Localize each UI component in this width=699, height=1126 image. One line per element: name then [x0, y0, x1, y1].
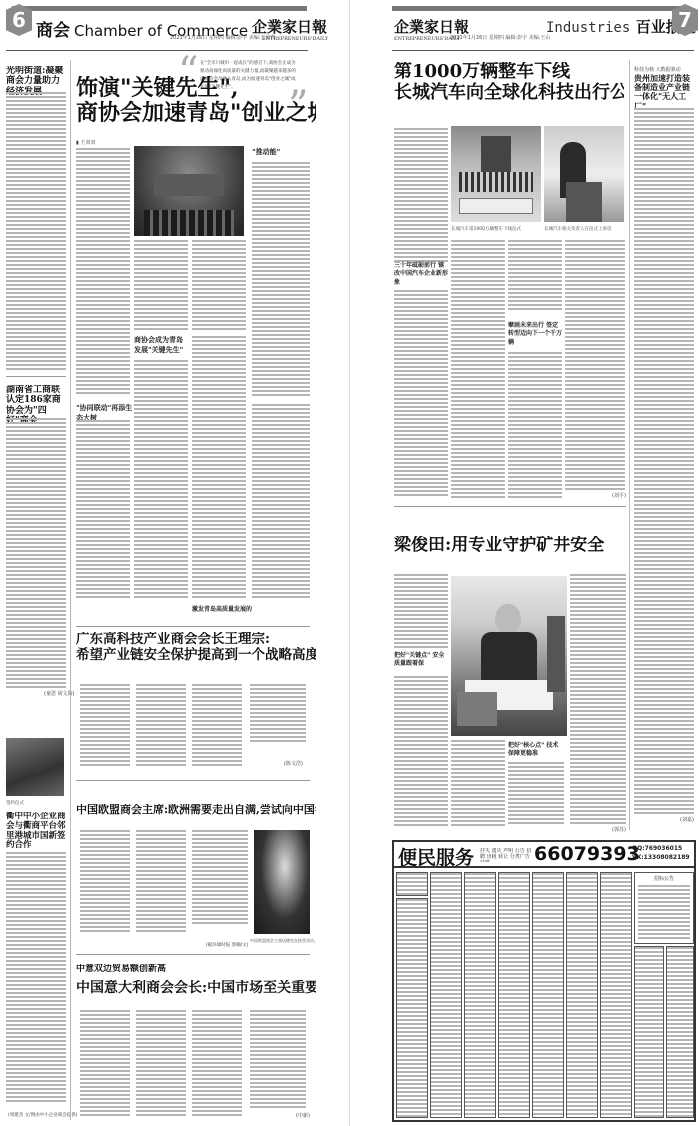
- classifieds-banner: 便民服务 挂失 遗失 声明 公告 招聘 出租 转让 分类广告 征婚 660793…: [394, 842, 694, 868]
- lead-body-col1: [394, 128, 448, 264]
- lead-body-col4: [565, 240, 625, 490]
- divider: [76, 780, 310, 781]
- classified-ad: [464, 872, 496, 1118]
- left-page: 6 商会Chamber of Commerce 2021年1月26日 星期四 编…: [0, 0, 349, 1126]
- italy-kicker: 中意双边贸易额创新高: [76, 964, 166, 974]
- classifieds-services: 挂失 遗失 声明 公告 招聘 出租 转让 分类广告 征婚: [480, 848, 532, 862]
- liang-body-col4: [570, 574, 626, 824]
- lead-body-col4b: [252, 404, 310, 600]
- signing-photo: [6, 738, 64, 796]
- classified-ad: [396, 898, 428, 1118]
- sidebar-body: [634, 108, 694, 814]
- lead-body-col3a: [192, 240, 246, 330]
- header-rule: [6, 50, 308, 51]
- column-divider: [70, 60, 71, 1120]
- italy-headline: 中国意大利商会会长:中国市场至关重要: [76, 980, 316, 996]
- classified-ad: [566, 872, 598, 1118]
- lead-body-col2b: [134, 360, 188, 600]
- italy-body-col4: [250, 1010, 306, 1110]
- masthead-subtitle: ENTREPRENEURS'DAILY: [262, 36, 328, 42]
- lead-body-col3a: [508, 240, 562, 310]
- lead-subhead-mid: 商协会成为青岛发展"关键先生": [134, 336, 188, 356]
- sidebar-body-2: [6, 418, 66, 688]
- page-number-badge: 7: [672, 4, 698, 36]
- issue-meta: 2021年1月26日 星期四 编辑:彭宇 美编:王山: [450, 34, 550, 41]
- header-bar: [392, 6, 690, 11]
- production-line-photo: [451, 126, 541, 222]
- photo2-caption: 长城汽车相关负责人在仪式上讲话: [544, 226, 612, 232]
- lead-body-col3b: [508, 352, 562, 498]
- italy-body-col2: [136, 1010, 186, 1118]
- header-rule: [392, 50, 694, 51]
- speaker-photo: [544, 126, 624, 222]
- classified-ad: [634, 946, 664, 1118]
- classifieds-title: 便民服务: [398, 843, 474, 870]
- lead-body-col1b: [76, 420, 130, 600]
- lead-body-col2: [451, 240, 505, 498]
- masthead-logo: 企業家日報: [252, 16, 327, 37]
- guangdong-credit: (陈文浩): [284, 760, 303, 767]
- lead-body-col1: [76, 148, 130, 396]
- lead-subhead-bottom: 激发青岛高质量发展的: [192, 606, 252, 614]
- classified-ad: [396, 872, 428, 896]
- page-number-badge: 6: [6, 4, 32, 36]
- liang-headline: 梁俊田:用专业守护矿井安全: [394, 536, 624, 556]
- classified-ad: [666, 946, 694, 1118]
- eu-body-col1: [80, 830, 130, 934]
- divider: [6, 376, 66, 377]
- eu-headline: 中国欧盟商会主席:欧洲需要走出自满,尝试向中国学习: [76, 804, 316, 817]
- lead-body-col4: [252, 162, 310, 398]
- classifieds-phone[interactable]: 66079393: [534, 843, 640, 865]
- classified-ad: [498, 872, 530, 1118]
- italy-body-col3: [192, 1010, 242, 1118]
- classified-ad: [430, 872, 462, 1118]
- eu-photo-caption: 中国欧盟商会主席伍德克在接受采访。: [250, 938, 318, 944]
- guangdong-headline: 广东高科技产业商会会长王理宗: 希望产业链安全保护提高到一个战略高度: [76, 632, 316, 663]
- sidebar-body-1: [6, 92, 66, 372]
- eu-body-col3: [192, 830, 248, 924]
- lead-credit: (刘平): [612, 492, 626, 499]
- lead-event-photo: [134, 146, 244, 236]
- sidebar-headline-3: 衢中中小企业商会与衢商平台邻里港城市国新签约合作: [6, 812, 66, 851]
- lead-body-col3b: [192, 336, 246, 600]
- eu-body-col2: [136, 830, 186, 934]
- sidebar-headline: 贵州加速打造装备制造业产业链一体化"无人工厂": [634, 74, 696, 111]
- italy-body-col1: [80, 1010, 130, 1118]
- header-bar: [12, 6, 307, 11]
- liang-subhead-1: 把好"关键点" 安全质量跟着保: [394, 652, 450, 669]
- guangdong-body-col3: [192, 684, 242, 768]
- sidebar-kicker: 科技为核 大数据驱动: [634, 66, 696, 73]
- lead-subhead-1: 三十年砥砺前行 镇改中国汽车企业新形象: [394, 262, 450, 287]
- tender-notice-title: 招标公告: [635, 875, 693, 882]
- eu-credit: (据环球时报 郭楠/文): [206, 942, 248, 948]
- signing-photo-caption: 签约仪式: [6, 800, 24, 806]
- tender-notice: 招标公告: [634, 872, 694, 944]
- photo1-caption: 长城汽车第1000万辆整车下线仪式: [451, 226, 521, 232]
- right-page: 企業家日報 ENTREPRENEURS'DAILY 2021年1月26日 星期四…: [350, 0, 699, 1126]
- lead-headline: 饰演"关键先生", 商协会加速青岛"创业之城"成长: [76, 76, 316, 127]
- column-divider: [629, 60, 630, 830]
- lead-body-col1b: [394, 290, 448, 498]
- lead-subhead-right: "推动能": [252, 148, 280, 158]
- section-title-cn: 商会: [36, 21, 70, 41]
- divider: [76, 626, 310, 627]
- classified-ad: [532, 872, 564, 1118]
- section-title-en: Industries: [546, 20, 630, 36]
- lead-subhead-2: 擘画未来出行 签定转型迈向下一个千万辆: [508, 322, 564, 347]
- classifieds-qq: QQ:769036015: [632, 845, 682, 852]
- classified-ad: [600, 872, 632, 1118]
- liang-credit: (郭苏): [612, 826, 626, 833]
- lead-headline: 第1000万辆整车下线 长城汽车向全球化科技出行公司转型: [394, 62, 624, 103]
- sidebar-body-3: [6, 852, 66, 1102]
- liang-portrait-photo: [451, 576, 567, 736]
- liang-body-col3: [508, 762, 564, 826]
- liang-body-col1b: [394, 676, 448, 826]
- divider: [76, 954, 310, 955]
- liang-body-col2: [451, 740, 505, 826]
- italy-credit: (中新): [296, 1112, 310, 1119]
- divider: [394, 506, 626, 507]
- sidebar-credit: (刘嘉): [680, 816, 694, 823]
- lead-byline: ▮ 王双双: [76, 139, 95, 146]
- eu-president-photo: [254, 830, 310, 934]
- liang-subhead-2: 把好"核心点" 技术保障更稳准: [508, 742, 564, 759]
- lead-body-col2a: [134, 240, 188, 330]
- liang-body-col1a: [394, 574, 448, 648]
- sidebar-credit-3: (周建杰 文/图由中小企业商会提供): [8, 1112, 77, 1118]
- guangdong-body-col4: [250, 684, 306, 744]
- guangdong-body-col1: [80, 684, 130, 768]
- classifieds-wechat: VX:13308082189: [632, 854, 690, 861]
- classifieds-block: 便民服务 挂失 遗失 声明 公告 招聘 出租 转让 分类广告 征婚 660793…: [392, 840, 696, 1122]
- guangdong-body-col2: [136, 684, 186, 768]
